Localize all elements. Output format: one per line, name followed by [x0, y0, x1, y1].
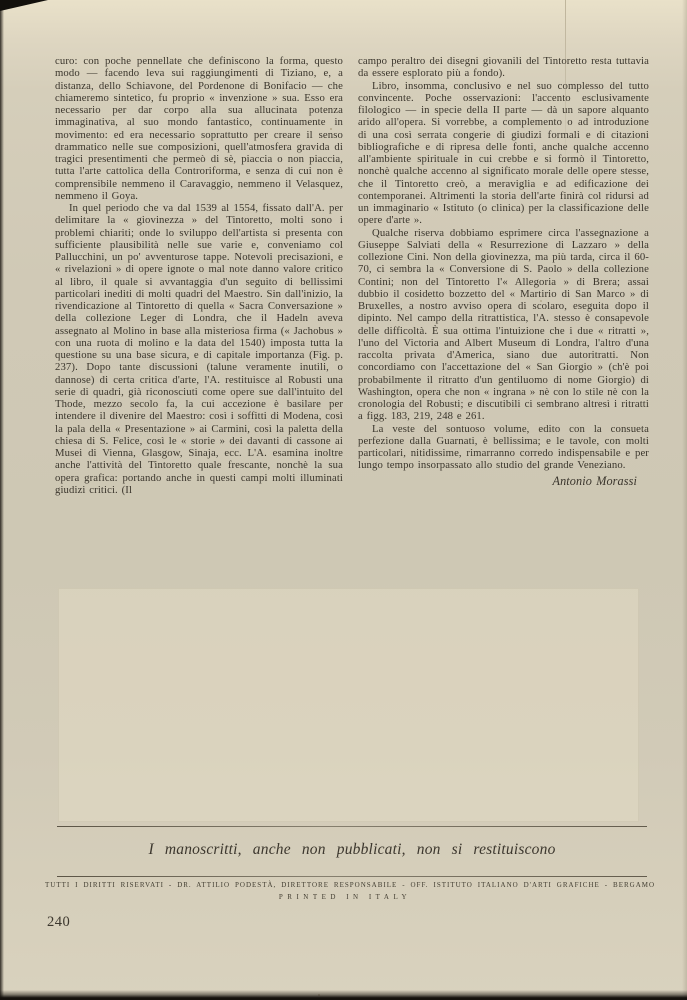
author-signature: Antonio Morassi: [358, 475, 649, 487]
page-number: 240: [47, 914, 70, 931]
paragraph: In quel periodo che va dal 1539 al 1554,…: [55, 202, 343, 496]
paragraph: Qualche riserva dobbiamo esprimere circa…: [358, 227, 649, 423]
paragraph: La veste del sontuoso volume, edito con …: [358, 423, 649, 472]
manuscript-notice: I manoscritti, anche non pubblicati, non…: [57, 841, 647, 859]
paper-crease: [565, 0, 566, 175]
right-column: campo peraltro dei disegni giovanili del…: [358, 55, 649, 487]
paper-speck: [330, 128, 332, 130]
scan-edge-left: [0, 0, 4, 1000]
scan-edge-right: [682, 0, 687, 1000]
page-showthrough: [58, 588, 639, 822]
printed-in-italy-line: PRINTED IN ITALY: [45, 893, 645, 901]
paragraph: Libro, insomma, conclusivo e nel suo com…: [358, 80, 649, 227]
scan-edge-bottom: [0, 990, 687, 1000]
scan-corner-top-left: [0, 0, 48, 11]
left-column: curo: con poche pennellate che definisco…: [55, 55, 343, 496]
paragraph-continuation: curo: con poche pennellate che definisco…: [55, 55, 343, 202]
footer-divider-bottom: [57, 876, 647, 877]
imprint-line: TUTTI I DIRITTI RISERVATI - DR. ATTILIO …: [45, 881, 645, 889]
paragraph-continuation: campo peraltro dei disegni giovanili del…: [358, 55, 649, 80]
scanned-journal-page: curo: con poche pennellate che definisco…: [0, 0, 687, 1000]
footer-divider-top: [57, 826, 647, 827]
